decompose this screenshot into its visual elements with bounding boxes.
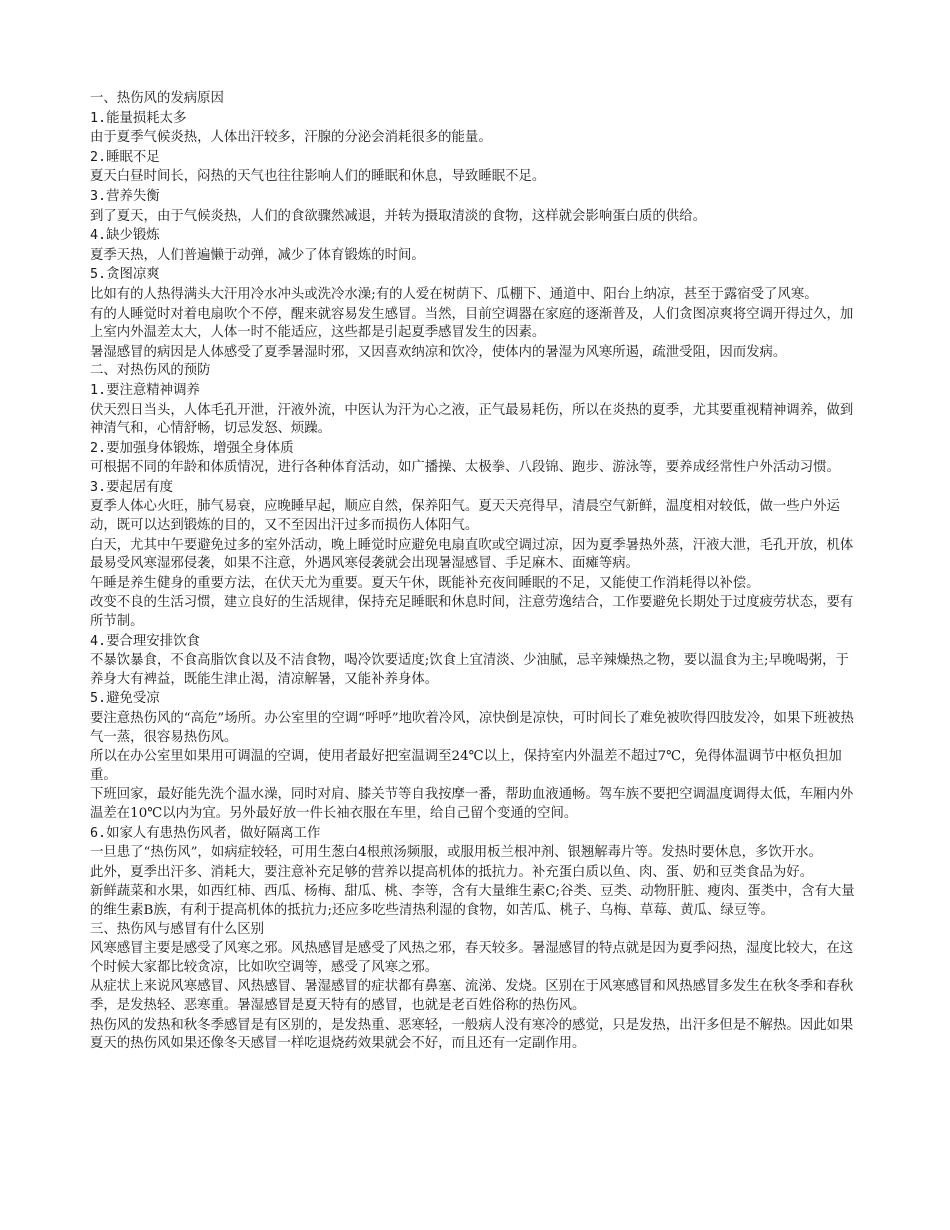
section-heading: 一、热伤风的发病原因 (90, 90, 862, 109)
paragraph: 比如有的人热得满头大汗用冷水冲头或洗冷水澡;有的人爱在树荫下、瓜棚下、通道中、阳… (90, 286, 862, 305)
subheading: 5.贪图凉爽 (90, 266, 862, 285)
subheading: 1.要注意精神调养 (90, 382, 862, 401)
subheading: 2.睡眠不足 (90, 149, 862, 168)
paragraph: 风寒感冒主要是感受了风寒之邪。风热感冒是感受了风热之邪，春天较多。暑湿感冒的特点… (90, 940, 862, 977)
paragraph: 所以在办公室里如果用可调温的空调，使用者最好把室温调至24℃以上，保持室内外温差… (90, 748, 862, 785)
section-heading: 二、对热伤风的预防 (90, 362, 862, 381)
subheading: 6.如家人有患热伤风者，做好隔离工作 (90, 825, 862, 844)
paragraph: 改变不良的生活习惯，建立良好的生活规律，保持充足睡眠和休息时间，注意劳逸结合，工… (90, 594, 862, 631)
subheading: 4.要合理安排饮食 (90, 633, 862, 652)
paragraph: 午睡是养生健身的重要方法，在伏天尤为重要。夏天午休，既能补充夜间睡眠的不足，又能… (90, 575, 862, 594)
paragraph: 夏季天热，人们普遍懒于动弹，减少了体育锻炼的时间。 (90, 247, 862, 266)
paragraph: 热伤风的发热和秋冬季感冒是有区别的，是发热重、恶寒轻，一般病人没有寒冷的感觉，只… (90, 1017, 862, 1054)
paragraph: 伏天烈日当头，人体毛孔开泄，汗液外流，中医认为汗为心之液，正气最易耗伤，所以在炎… (90, 402, 862, 439)
subheading: 3.营养失衡 (90, 188, 862, 207)
paragraph: 要注意热伤风的“高危”场所。办公室里的空调“呼呼”地吹着冷风，凉快倒是凉快，可时… (90, 710, 862, 747)
subheading: 2.要加强身体锻炼，增强全身体质 (90, 440, 862, 459)
subheading: 4.缺少锻炼 (90, 227, 862, 246)
paragraph: 一旦患了“热伤风”，如病症较轻，可用生葱白4根煎汤频服，或服用板兰根冲剂、银翘解… (90, 844, 862, 863)
paragraph: 可根据不同的年龄和体质情况，进行各种体育活动，如广播操、太极拳、八段锦、跑步、游… (90, 459, 862, 478)
paragraph: 白天，尤其中午要避免过多的室外活动，晚上睡觉时应避免电扇直吹或空调过凉，因为夏季… (90, 537, 862, 574)
section-heading: 三、热伤风与感冒有什么区别 (90, 921, 862, 940)
subheading: 5.避免受凉 (90, 690, 862, 709)
document-body: 一、热伤风的发病原因 1.能量损耗太多 由于夏季气候炎热，人体出汗较多，汗腺的分… (90, 90, 862, 1054)
paragraph: 从症状上来说风寒感冒、风热感冒、暑湿感冒的症状都有鼻塞、流涕、发烧。区别在于风寒… (90, 978, 862, 1015)
subheading: 3.要起居有度 (90, 479, 862, 498)
paragraph: 由于夏季气候炎热，人体出汗较多，汗腺的分泌会消耗很多的能量。 (90, 129, 862, 148)
paragraph: 下班回家，最好能先洗个温水澡，同时对肩、膝关节等自我按摩一番，帮助血液通畅。驾车… (90, 786, 862, 823)
paragraph: 新鲜蔬菜和水果，如西红柿、西瓜、杨梅、甜瓜、桃、李等，含有大量维生素C;谷类、豆… (90, 883, 862, 920)
paragraph: 有的人睡觉时对着电扇吹个不停，醒来就容易发生感冒。当然，目前空调器在家庭的逐渐普… (90, 306, 862, 343)
paragraph: 夏天白昼时间长，闷热的天气也往往影响人们的睡眠和休息，导致睡眠不足。 (90, 168, 862, 187)
paragraph: 此外，夏季出汗多、消耗大，要注意补充足够的营养以提高机体的抵抗力。补充蛋白质以鱼… (90, 864, 862, 883)
paragraph: 暑湿感冒的病因是人体感受了夏季暑湿时邪，又因喜欢纳凉和饮冷，使体内的暑湿为风寒所… (90, 344, 862, 363)
paragraph: 不暴饮暴食，不食高脂饮食以及不洁食物，喝冷饮要适度;饮食上宜清淡、少油腻，忌辛辣… (90, 652, 862, 689)
paragraph: 夏季人体心火旺，肺气易衰，应晚睡早起，顺应自然，保养阳气。夏天天亮得早，清晨空气… (90, 498, 862, 535)
subheading: 1.能量损耗太多 (90, 110, 862, 129)
paragraph: 到了夏天，由于气候炎热，人们的食欲骤然减退，并转为摄取清淡的食物，这样就会影响蛋… (90, 208, 862, 227)
